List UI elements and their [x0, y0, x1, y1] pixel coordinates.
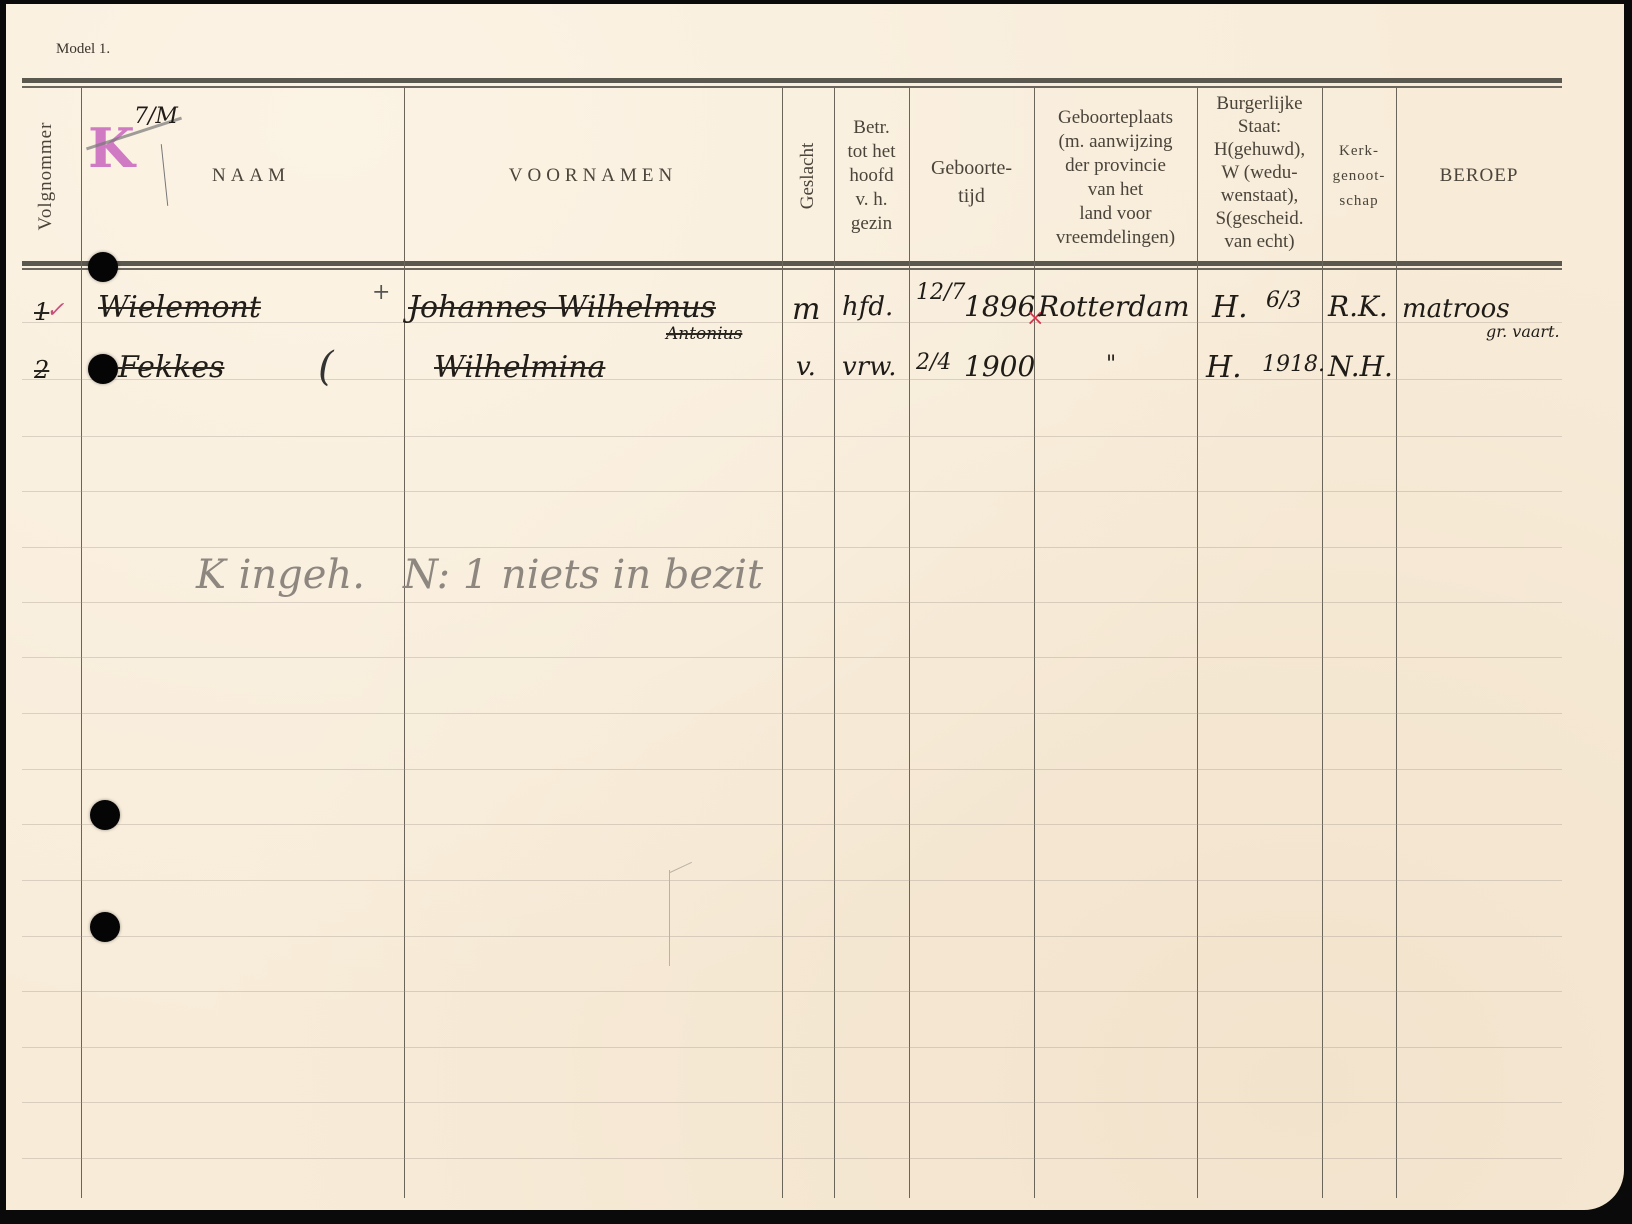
- row-line: [22, 824, 1562, 825]
- row1-kerkgenootschap: R.K.: [1328, 290, 1388, 323]
- col-line-9: [1396, 88, 1397, 1198]
- row2-betrekking: vrw.: [842, 352, 897, 382]
- row-line: [22, 1047, 1562, 1048]
- row-line: [22, 1102, 1562, 1103]
- table-row-1: 1 ✓ Wielemont + Johannes Wilhelmus Anton…: [6, 284, 1606, 344]
- row1-voornamen: Johannes Wilhelmus: [408, 290, 716, 325]
- row1-naam: Wielemont: [98, 290, 261, 325]
- row-line: [22, 1158, 1562, 1159]
- register-card: Model 1. Volgnommer K 7/M NAAM VOORNAMEN…: [6, 4, 1624, 1210]
- stamp-annotation: 7/M: [134, 104, 178, 129]
- row2-kerkgenootschap: N.H.: [1328, 350, 1393, 383]
- row-line: [22, 491, 1562, 492]
- row1-check-mark: ✓: [46, 298, 64, 323]
- row1-geslacht: m: [792, 292, 820, 327]
- row1-voornamen-extra: Antonius: [666, 324, 742, 344]
- row-line: [22, 936, 1562, 937]
- row-line: [22, 547, 1562, 548]
- header-geboorteplaats: Geboorteplaats (m. aanwijzing der provin…: [1034, 106, 1197, 250]
- header-rule: [22, 261, 1562, 266]
- stamp-annotation-stroke: [161, 144, 168, 206]
- header-naam: NAAM: [191, 164, 311, 188]
- col-line-1: [81, 88, 82, 1198]
- header-burgerlijke-staat: Burgerlijke Staat: H(gehuwd), W (wedu- w…: [1197, 92, 1322, 253]
- row2-ditto-swash: (: [318, 344, 334, 390]
- header-kerkgenootschap: Kerk- genoot- schap: [1322, 139, 1396, 214]
- row1-beroep: matroos: [1402, 294, 1510, 324]
- row2-voornamen: Wilhelmina: [434, 350, 605, 385]
- header-voornamen: VOORNAMEN: [404, 164, 782, 188]
- header-rule-thin: [22, 268, 1562, 270]
- row-line: [22, 769, 1562, 770]
- col-line-7: [1197, 88, 1198, 1198]
- row1-deceased-mark: +: [372, 280, 390, 305]
- col-line-5: [909, 88, 910, 1198]
- row2-geboortejaar: 1900: [964, 350, 1035, 383]
- col-line-3: [782, 88, 783, 1198]
- header-geboortetijd: Geboorte- tijd: [909, 154, 1034, 210]
- punch-hole: [90, 912, 120, 942]
- row-line: [22, 991, 1562, 992]
- row2-naam: Fekkes: [118, 350, 224, 385]
- row-line: [22, 713, 1562, 714]
- row2-geslacht: v.: [796, 352, 816, 382]
- row1-burgerlijke-staat: H.: [1212, 290, 1248, 325]
- row-line: [22, 880, 1562, 881]
- table-row-2: 2 Fekkes ( Wilhelmina v. vrw. 2/4 1900 "…: [6, 344, 1606, 404]
- pencil-stroke: [669, 870, 670, 966]
- header-geslacht: Geslacht: [796, 126, 820, 226]
- row1-geboorteplaats: Rotterdam: [1038, 290, 1190, 323]
- row2-volgnummer: 2: [34, 356, 49, 384]
- col-line-6: [1034, 88, 1035, 1198]
- header-volgnummer: Volgnommer: [34, 116, 58, 236]
- punch-hole: [88, 252, 118, 282]
- row1-betrekking: hfd.: [842, 292, 893, 322]
- stamp-k: K: [88, 116, 135, 180]
- top-rule: [22, 78, 1562, 83]
- row2-burgerlijke-staat: H.: [1206, 350, 1242, 385]
- punch-hole: [90, 800, 120, 830]
- row-line: [22, 602, 1562, 603]
- col-line-2: [404, 88, 405, 1198]
- row-line: [22, 657, 1562, 658]
- pencil-stroke-tick: [670, 862, 692, 873]
- row2-geboorteplaats: ": [1106, 352, 1116, 377]
- row1-geboortedatum: 12/7: [916, 280, 965, 305]
- row-line: [22, 436, 1562, 437]
- top-rule-thin: [22, 86, 1562, 88]
- col-line-8: [1322, 88, 1323, 1198]
- pencil-note: K ingeh. N: 1 niets in bezit: [196, 552, 763, 598]
- col-line-4: [834, 88, 835, 1198]
- header-beroep: BEROEP: [1396, 164, 1562, 188]
- header-betrekking: Betr. tot het hoofd v. h. gezin: [834, 116, 909, 236]
- model-label: Model 1.: [56, 41, 110, 58]
- row1-huwelijksdatum: 6/3: [1266, 288, 1301, 313]
- row1-beroep-extra: gr. vaart.: [1486, 322, 1560, 341]
- row2-huwelijksjaar: 1918.: [1262, 352, 1325, 377]
- row2-geboortedatum: 2/4: [916, 350, 951, 375]
